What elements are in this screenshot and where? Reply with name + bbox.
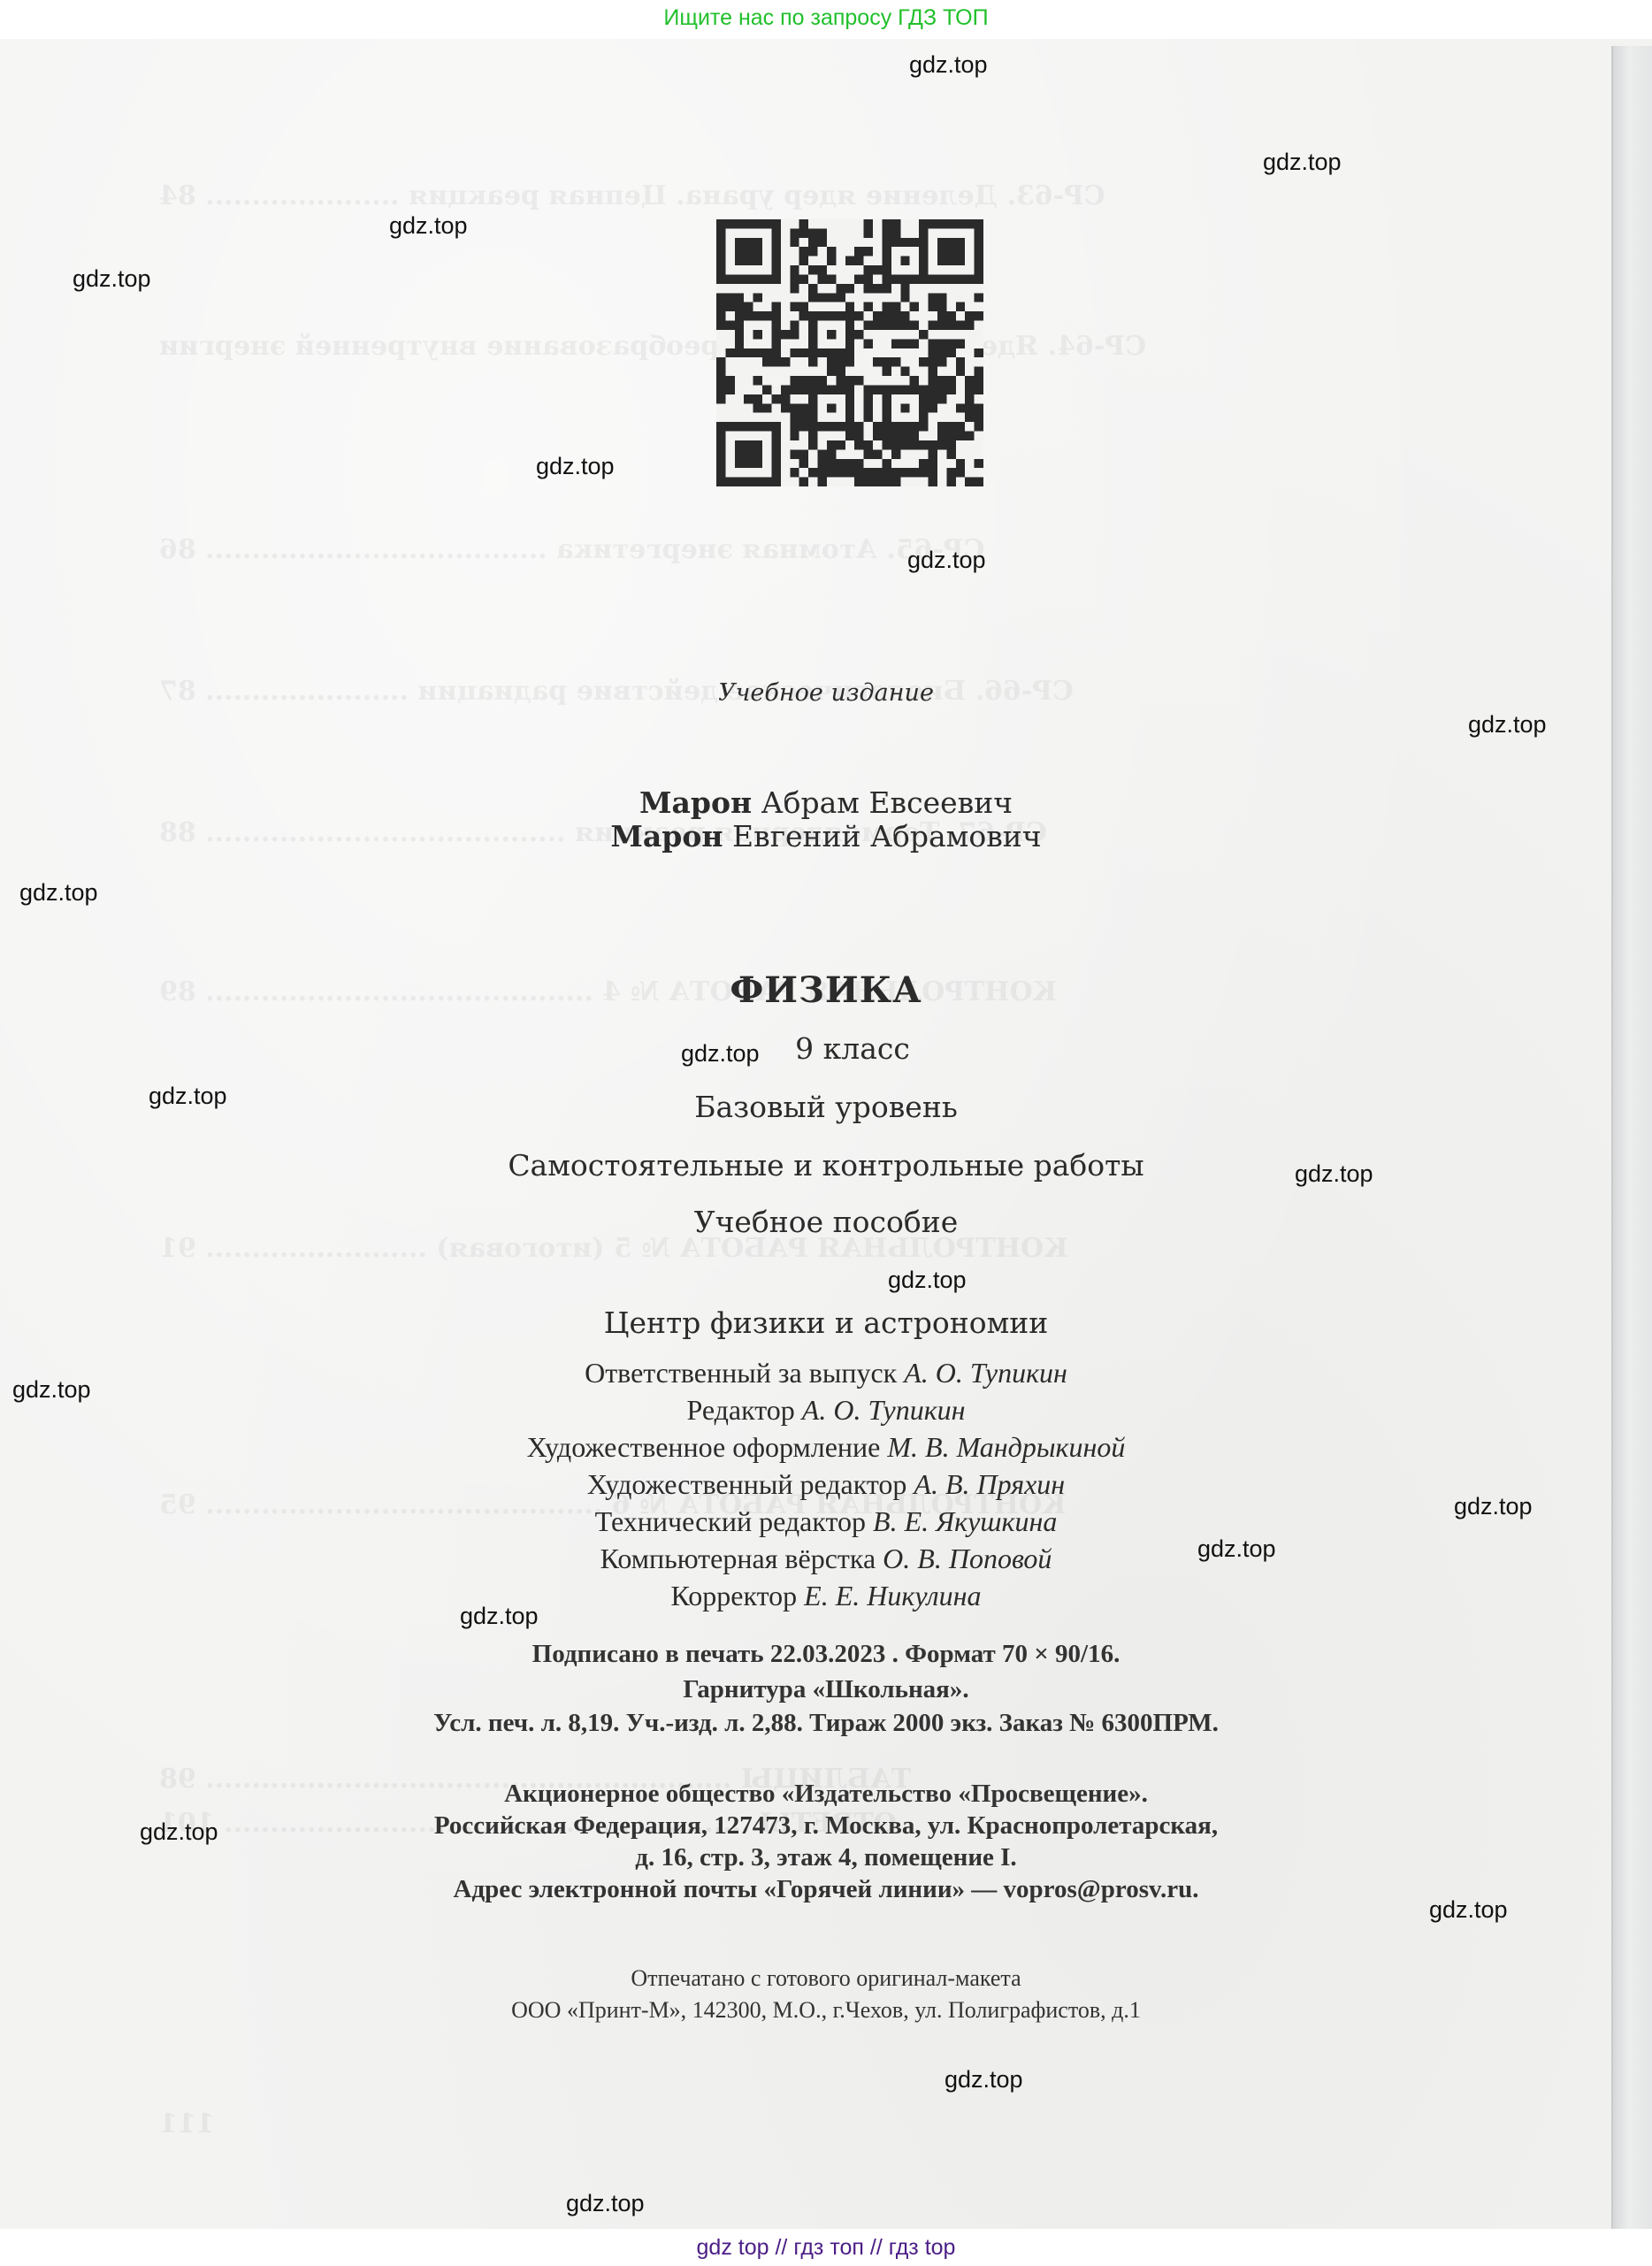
printer-line: Отпечатано с готового оригинал-макета <box>0 1965 1652 1992</box>
publisher-line: д. 16, стр. 3, этаж 4, помещение I. <box>0 1843 1652 1872</box>
credit-line: Компьютерная вёрстка О. В. Поповой <box>0 1543 1652 1575</box>
author-surname: Марон <box>610 819 723 854</box>
watermark-text: gdz.top <box>945 2066 1023 2094</box>
watermark-text: gdz.top <box>888 1267 967 1294</box>
credit-line: Художественный редактор А. В. Пряхин <box>0 1468 1652 1501</box>
top-banner-text[interactable]: Ищите нас по запросу ГДЗ ТОП <box>663 5 988 30</box>
top-banner[interactable]: Ищите нас по запросу ГДЗ ТОП <box>0 0 1652 39</box>
credit-name: А. В. Пряхин <box>914 1468 1065 1500</box>
watermark-text: gdz.top <box>1197 1535 1276 1563</box>
book-type: Учебное пособие <box>0 1205 1652 1239</box>
watermark-text: gdz.top <box>389 212 468 240</box>
show-through-text: СР-64. Ядерный реактор. Преобразование в… <box>159 331 1146 362</box>
qr-code-icon <box>716 219 983 486</box>
watermark-text: gdz.top <box>566 2190 645 2217</box>
credit-role: Художественное оформление <box>527 1431 888 1463</box>
credit-role: Технический редактор <box>595 1505 873 1537</box>
printer-line: ООО «Принт-М», 142300, М.О., г.Чехов, ул… <box>0 1997 1652 2024</box>
author-given-name: Абрам Евсеевич <box>761 785 1013 820</box>
credit-role: Художественный редактор <box>587 1468 914 1500</box>
watermark-text: gdz.top <box>1263 149 1342 176</box>
credit-name: М. В. Мандрыкиной <box>887 1431 1125 1463</box>
credit-line: Корректор Е. Е. Никулина <box>0 1580 1652 1612</box>
watermark-text: gdz.top <box>1295 1160 1373 1188</box>
credit-name: А. О. Тупикин <box>904 1357 1067 1389</box>
bottom-banner-text[interactable]: gdz top // гдз топ // гдз top <box>697 2235 956 2260</box>
author-given-name: Евгений Абрамович <box>732 819 1042 854</box>
show-through-text: СР-63. Деление ядер урана. Цепная реакци… <box>159 180 1105 211</box>
credit-line: Технический редактор В. Е. Якушкина <box>0 1505 1652 1538</box>
credit-line: Ответственный за выпуск А. О. Тупикин <box>0 1357 1652 1389</box>
credit-role: Редактор <box>686 1394 801 1426</box>
level: Базовый уровень <box>0 1090 1652 1124</box>
watermark-text: gdz.top <box>1468 711 1547 739</box>
watermark-text: gdz.top <box>149 1083 227 1110</box>
book-edge <box>1611 46 1652 2238</box>
imprint-line: Подписано в печать 22.03.2023 . Формат 7… <box>0 1640 1652 1669</box>
watermark-text: gdz.top <box>909 51 988 79</box>
credit-role: Корректор <box>671 1580 805 1611</box>
author-2: Марон Евгений Абрамович <box>0 819 1652 854</box>
show-through-text: 111 <box>159 2109 215 2140</box>
credit-name: Е. Е. Никулина <box>804 1580 981 1611</box>
watermark-text: gdz.top <box>140 1818 218 1846</box>
imprint-line: Усл. печ. л. 8,19. Уч.-изд. л. 2,88. Тир… <box>0 1709 1652 1738</box>
author-1: Марон Абрам Евсеевич <box>0 785 1652 820</box>
credit-name: В. Е. Якушкина <box>873 1505 1057 1537</box>
watermark-text: gdz.top <box>73 265 151 293</box>
credit-line: Художественное оформление М. В. Мандрыки… <box>0 1431 1652 1464</box>
bottom-banner[interactable]: gdz top // гдз топ // гдз top <box>0 2229 1652 2266</box>
center-name: Центр физики и астрономии <box>0 1305 1652 1340</box>
edition-label: Учебное издание <box>0 679 1652 707</box>
work-type: Самостоятельные и контрольные работы <box>0 1148 1652 1183</box>
watermark-text: gdz.top <box>1429 1896 1508 1924</box>
watermark-text: gdz.top <box>460 1603 539 1630</box>
show-through-text: СР-65. Атомная энергетика ..............… <box>159 534 984 565</box>
author-surname: Марон <box>639 785 752 820</box>
watermark-text: gdz.top <box>19 879 98 907</box>
credit-role: Ответственный за выпуск <box>585 1357 904 1389</box>
publisher-line: Акционерное общество «Издательство «Прос… <box>0 1780 1652 1809</box>
hotline-email: Адрес электронной почты «Горячей линии» … <box>0 1875 1652 1904</box>
watermark-text: gdz.top <box>12 1376 91 1404</box>
publisher-line: Российская Федерация, 127473, г. Москва,… <box>0 1811 1652 1841</box>
credit-role: Компьютерная вёрстка <box>600 1543 883 1574</box>
grade: 9 класс <box>0 1031 1652 1066</box>
credit-name: А. О. Тупикин <box>802 1394 966 1426</box>
imprint-line: Гарнитура «Школьная». <box>0 1675 1652 1704</box>
watermark-text: gdz.top <box>1454 1493 1533 1520</box>
watermark-text: gdz.top <box>907 547 986 574</box>
watermark-text: gdz.top <box>536 453 615 480</box>
credit-line: Редактор А. О. Тупикин <box>0 1394 1652 1427</box>
watermark-text: gdz.top <box>681 1040 760 1068</box>
subject-title: ФИЗИКА <box>0 969 1652 1011</box>
credit-name: О. В. Поповой <box>883 1543 1052 1574</box>
